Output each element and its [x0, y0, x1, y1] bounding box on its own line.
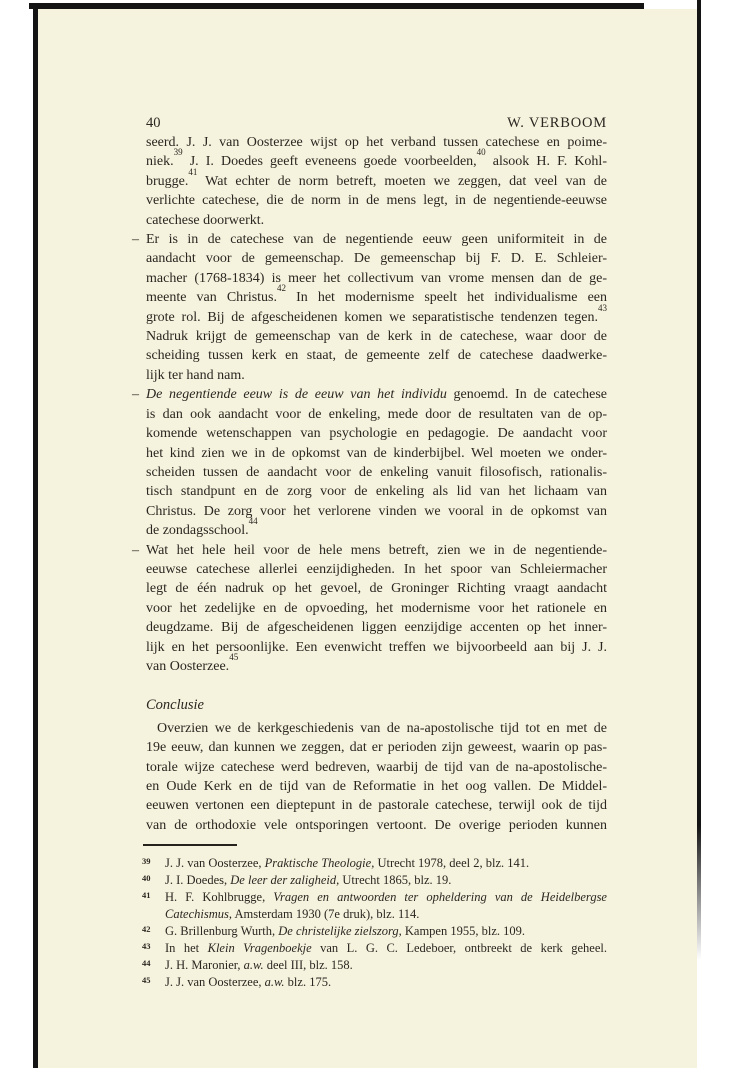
page-header: 40 W. VERBOOM — [146, 115, 607, 132]
footnote-separator-rule — [143, 844, 237, 846]
text-run: Utrecht 1978, deel 2, blz. 141. — [374, 856, 529, 870]
text-line: de zondagsschool.44 — [146, 521, 607, 540]
footnote-item: 44 J. H. Maronier, a.w. deel III, blz. 1… — [146, 957, 607, 974]
text-run: In het — [165, 941, 208, 955]
text-run: deel III, blz. 158. — [264, 958, 353, 972]
text-line: Christus. De zorg voor het verlorene vin… — [146, 502, 607, 521]
footnote-ref: 39 — [174, 147, 183, 157]
body-text: seerd. J. J. van Oosterzee wijst op het … — [146, 133, 607, 835]
running-head: W. VERBOOM — [507, 115, 607, 132]
text-line: seerd. J. J. van Oosterzee wijst op het … — [146, 133, 607, 152]
text-run: meente van Christus. — [146, 290, 277, 305]
text-line: Nadruk krijgt de gemeenschap van de kerk… — [146, 327, 607, 346]
footnote-number: 44 — [142, 955, 151, 972]
text-run: macher (1768-1834) is meer het collectiv… — [146, 271, 607, 286]
text-run: aandacht voor de gemeenschap. De gemeens… — [146, 251, 607, 266]
text-run: genoemd. In de catechese — [447, 387, 607, 402]
italic-text-run: Klein Vragenboekje — [208, 941, 312, 955]
text-run: Christus. De zorg voor het verlorene vin… — [146, 504, 607, 519]
text-run: is dan ook aandacht voor de enkeling, me… — [146, 407, 607, 422]
text-run: Nadruk krijgt de gemeenschap van de kerk… — [146, 329, 607, 344]
bullet-text: De negentiende eeuw is de eeuw van het i… — [146, 385, 607, 540]
text-run: catechese doorwerkt. — [146, 213, 264, 228]
text-line: deugdzame. Bij de afgescheidenen liggen … — [146, 618, 607, 637]
text-run: en Oude Kerk en de tijd van de Reformati… — [146, 779, 607, 794]
footnote-text: J. I. Doedes, De leer der zaligheid, Utr… — [165, 872, 607, 889]
text-line: torale wijze catechese werd bedreven, wa… — [146, 758, 607, 777]
footnote-item: 39 J. J. van Oosterzee, Praktische Theol… — [146, 855, 607, 872]
text-line: is dan ook aandacht voor de enkeling, me… — [146, 405, 607, 424]
text-line: lijk ter hand nam. — [146, 366, 607, 385]
text-line: verlichte catechese, die de norm in de m… — [146, 191, 607, 210]
footnote-ref: 42 — [277, 283, 286, 293]
text-line: scheiding tussen kerk en staat, de gemee… — [146, 346, 607, 365]
text-line: eeuwse catechese allerlei eenzijdigheden… — [146, 560, 607, 579]
text-run: grote rol. Bij de afgescheidenen komen w… — [146, 310, 598, 325]
italic-text-run: Vragen en antwoorden ter opheldering van… — [273, 890, 607, 904]
text-line: niek.39 J. I. Doedes geeft eveneens goed… — [146, 152, 607, 171]
italic-text-run: De leer der zaligheid, — [230, 873, 339, 887]
bullet-text: Wat het hele heil voor de hele mens betr… — [146, 541, 607, 677]
footnote-text: J. H. Maronier, a.w. deel III, blz. 158. — [165, 957, 607, 974]
text-run: eeuwse catechese allerlei eenzijdigheden… — [146, 562, 607, 577]
text-line: scheiden tussen de aandacht voor de enke… — [146, 463, 607, 482]
text-line: van de orthodoxie vele ontsporingen vert… — [146, 816, 607, 835]
text-line: voor het zedelijke en de opvoeding, het … — [146, 599, 607, 618]
bullet-dash: – — [132, 385, 139, 404]
text-run: komende wetenschappen van psychologie en… — [146, 426, 607, 441]
text-run: J. I. Doedes geeft eveneens goede voorbe… — [183, 154, 477, 169]
text-line: lijk en het persoonlijke. Een evenwicht … — [146, 638, 607, 657]
footnote-number: 40 — [142, 870, 151, 887]
footnote-text: J. J. van Oosterzee, Praktische Theologi… — [165, 855, 607, 872]
text-line: catechese doorwerkt. — [146, 211, 607, 230]
text-run: eeuwen vertonen een dieptepunt in de pas… — [146, 798, 607, 813]
italic-text-run: a.w. — [244, 958, 264, 972]
footnotes-section: 39 J. J. van Oosterzee, Praktische Theol… — [146, 855, 607, 990]
text-line: Overzien we de kerkgeschiedenis van de n… — [146, 719, 607, 738]
bullet-dash: – — [132, 230, 139, 249]
text-run: J. J. van Oosterzee, — [165, 856, 265, 870]
text-run: verlichte catechese, die de norm in de m… — [146, 193, 607, 208]
text-line: De negentiende eeuw is de eeuw van het i… — [146, 385, 607, 404]
text-line: meente van Christus.42 In het modernisme… — [146, 288, 607, 307]
footnote-text: J. J. van Oosterzee, a.w. blz. 175. — [165, 974, 607, 991]
text-run: J. H. Maronier, — [165, 958, 244, 972]
opening-paragraph: seerd. J. J. van Oosterzee wijst op het … — [146, 133, 607, 230]
footnote-text: H. F. Kohlbrugge, Vragen en antwoorden t… — [165, 889, 607, 923]
footnote-number: 41 — [142, 887, 151, 904]
text-run: het kind zien we in de opkomst van de ki… — [146, 446, 607, 461]
text-run: Wat echter de norm betreft, moeten we ze… — [197, 174, 607, 189]
text-line: macher (1768-1834) is meer het collectiv… — [146, 269, 607, 288]
footnote-number: 39 — [142, 853, 151, 870]
text-run: blz. 175. — [285, 975, 332, 989]
footnote-ref: 41 — [188, 167, 197, 177]
text-run: J. I. Doedes, — [165, 873, 230, 887]
text-line: het kind zien we in de opkomst van de ki… — [146, 444, 607, 463]
scanned-page-canvas: 40 W. VERBOOM seerd. J. J. van Oosterzee… — [0, 0, 738, 1068]
text-run: G. Brillenburg Wurth, — [165, 924, 278, 938]
footnote-text: In het Klein Vragenboekje van L. G. C. L… — [165, 940, 607, 957]
bullet-item: – De negentiende eeuw is de eeuw van het… — [146, 385, 607, 540]
footnote-number: 43 — [142, 938, 151, 955]
text-line: Wat het hele heil voor de hele mens betr… — [146, 541, 607, 560]
text-line: aandacht voor de gemeenschap. De gemeens… — [146, 249, 607, 268]
text-run: In het modernisme speelt het individuali… — [286, 290, 607, 305]
text-run: deugdzame. Bij de afgescheidenen liggen … — [146, 620, 607, 635]
text-run: torale wijze catechese werd bedreven, wa… — [146, 760, 607, 775]
footnote-ref: 43 — [598, 303, 607, 313]
text-line: tisch standpunt en de zorg voor de enkel… — [146, 482, 607, 501]
text-run: seerd. J. J. van Oosterzee wijst op het … — [146, 135, 607, 150]
text-run: Amsterdam 1930 (7e druk), blz. 114. — [232, 907, 419, 921]
text-run: van Oosterzee. — [146, 659, 229, 674]
text-line: 19e eeuw, dan kunnen we zeggen, dat er p… — [146, 738, 607, 757]
footnote-item: 43 In het Klein Vragenboekje van L. G. C… — [146, 940, 607, 957]
text-line: grote rol. Bij de afgescheidenen komen w… — [146, 308, 607, 327]
text-line: G. Brillenburg Wurth, De christelijke zi… — [165, 923, 607, 940]
text-run: tisch standpunt en de zorg voor de enkel… — [146, 484, 607, 499]
bullet-text: Er is in de catechese van de negentiende… — [146, 230, 607, 385]
text-run: Er is in de catechese van de negentiende… — [146, 232, 607, 247]
text-run: scheiden tussen de aandacht voor de enke… — [146, 465, 607, 480]
text-run: voor het zedelijke en de opvoeding, het … — [146, 601, 607, 616]
footnote-item: 41 H. F. Kohlbrugge, Vragen en antwoorde… — [146, 889, 607, 923]
text-run: scheiding tussen kerk en staat, de gemee… — [146, 348, 607, 363]
book-page: 40 W. VERBOOM seerd. J. J. van Oosterzee… — [38, 9, 697, 1068]
text-line: komende wetenschappen van psychologie en… — [146, 424, 607, 443]
italic-text-run: De negentiende eeuw is de eeuw van het i… — [146, 387, 447, 402]
section-heading-conclusie: Conclusie — [146, 696, 607, 715]
footnote-ref: 40 — [477, 147, 486, 157]
text-run: alsook H. F. Kohl- — [486, 154, 607, 169]
text-line: J. H. Maronier, a.w. deel III, blz. 158. — [165, 957, 607, 974]
italic-text-run: Praktische Theologie, — [265, 856, 375, 870]
text-line: In het Klein Vragenboekje van L. G. C. L… — [165, 940, 607, 957]
text-run: H. F. Kohlbrugge, — [165, 890, 273, 904]
text-run: niek. — [146, 154, 174, 169]
bullet-item: – Wat het hele heil voor de hele mens be… — [146, 541, 607, 677]
text-line: Er is in de catechese van de negentiende… — [146, 230, 607, 249]
text-run: lijk ter hand nam. — [146, 368, 245, 383]
text-run: Kampen 1955, blz. 109. — [402, 924, 525, 938]
text-run: J. J. van Oosterzee, — [165, 975, 265, 989]
footnote-item: 40 J. I. Doedes, De leer der zaligheid, … — [146, 872, 607, 889]
footnote-item: 45 J. J. van Oosterzee, a.w. blz. 175. — [146, 974, 607, 991]
bullet-dash: – — [132, 541, 139, 560]
footnote-number: 42 — [142, 921, 151, 938]
text-line: H. F. Kohlbrugge, Vragen en antwoorden t… — [165, 889, 607, 906]
text-line: van Oosterzee.45 — [146, 657, 607, 676]
text-line: J. J. van Oosterzee, a.w. blz. 175. — [165, 974, 607, 991]
text-line: legt de één nadruk op het gevoel, de Gro… — [146, 579, 607, 598]
text-run: van L. G. C. Ledeboer, ontbreekt de kerk… — [312, 941, 607, 955]
footnote-item: 42 G. Brillenburg Wurth, De christelijke… — [146, 923, 607, 940]
text-run: de zondagsschool. — [146, 523, 249, 538]
text-run: van de orthodoxie vele ontsporingen vert… — [146, 818, 607, 833]
bullet-list: – Er is in de catechese van de negentien… — [146, 230, 607, 676]
italic-text-run: Catechismus, — [165, 907, 232, 921]
footnote-ref: 44 — [249, 516, 258, 526]
conclusion-paragraph: Overzien we de kerkgeschiedenis van de n… — [146, 719, 607, 835]
text-line: eeuwen vertonen een dieptepunt in de pas… — [146, 796, 607, 815]
text-run: Utrecht 1865, blz. 19. — [339, 873, 451, 887]
page-content: seerd. J. J. van Oosterzee wijst op het … — [146, 133, 607, 990]
text-run: lijk en het persoonlijke. Een evenwicht … — [146, 640, 607, 655]
text-line: brugge.41 Wat echter de norm betreft, mo… — [146, 172, 607, 191]
text-line: Catechismus, Amsterdam 1930 (7e druk), b… — [165, 906, 607, 923]
text-line: J. J. van Oosterzee, Praktische Theologi… — [165, 855, 607, 872]
footnote-text: G. Brillenburg Wurth, De christelijke zi… — [165, 923, 607, 940]
page-frame-right-border — [697, 0, 701, 960]
bullet-item: – Er is in de catechese van de negentien… — [146, 230, 607, 385]
text-line: en Oude Kerk en de tijd van de Reformati… — [146, 777, 607, 796]
page-number: 40 — [146, 115, 161, 132]
text-line: J. I. Doedes, De leer der zaligheid, Utr… — [165, 872, 607, 889]
footnote-number: 45 — [142, 972, 151, 989]
text-run: brugge. — [146, 174, 188, 189]
text-run: legt de één nadruk op het gevoel, de Gro… — [146, 581, 607, 596]
text-run: 19e eeuw, dan kunnen we zeggen, dat er p… — [146, 740, 607, 755]
italic-text-run: De christelijke zielszorg, — [278, 924, 401, 938]
text-run: Overzien we de kerkgeschiedenis van de n… — [157, 721, 607, 736]
text-run: Wat het hele heil voor de hele mens betr… — [146, 543, 607, 558]
footnote-ref: 45 — [229, 652, 238, 662]
italic-text-run: a.w. — [265, 975, 285, 989]
